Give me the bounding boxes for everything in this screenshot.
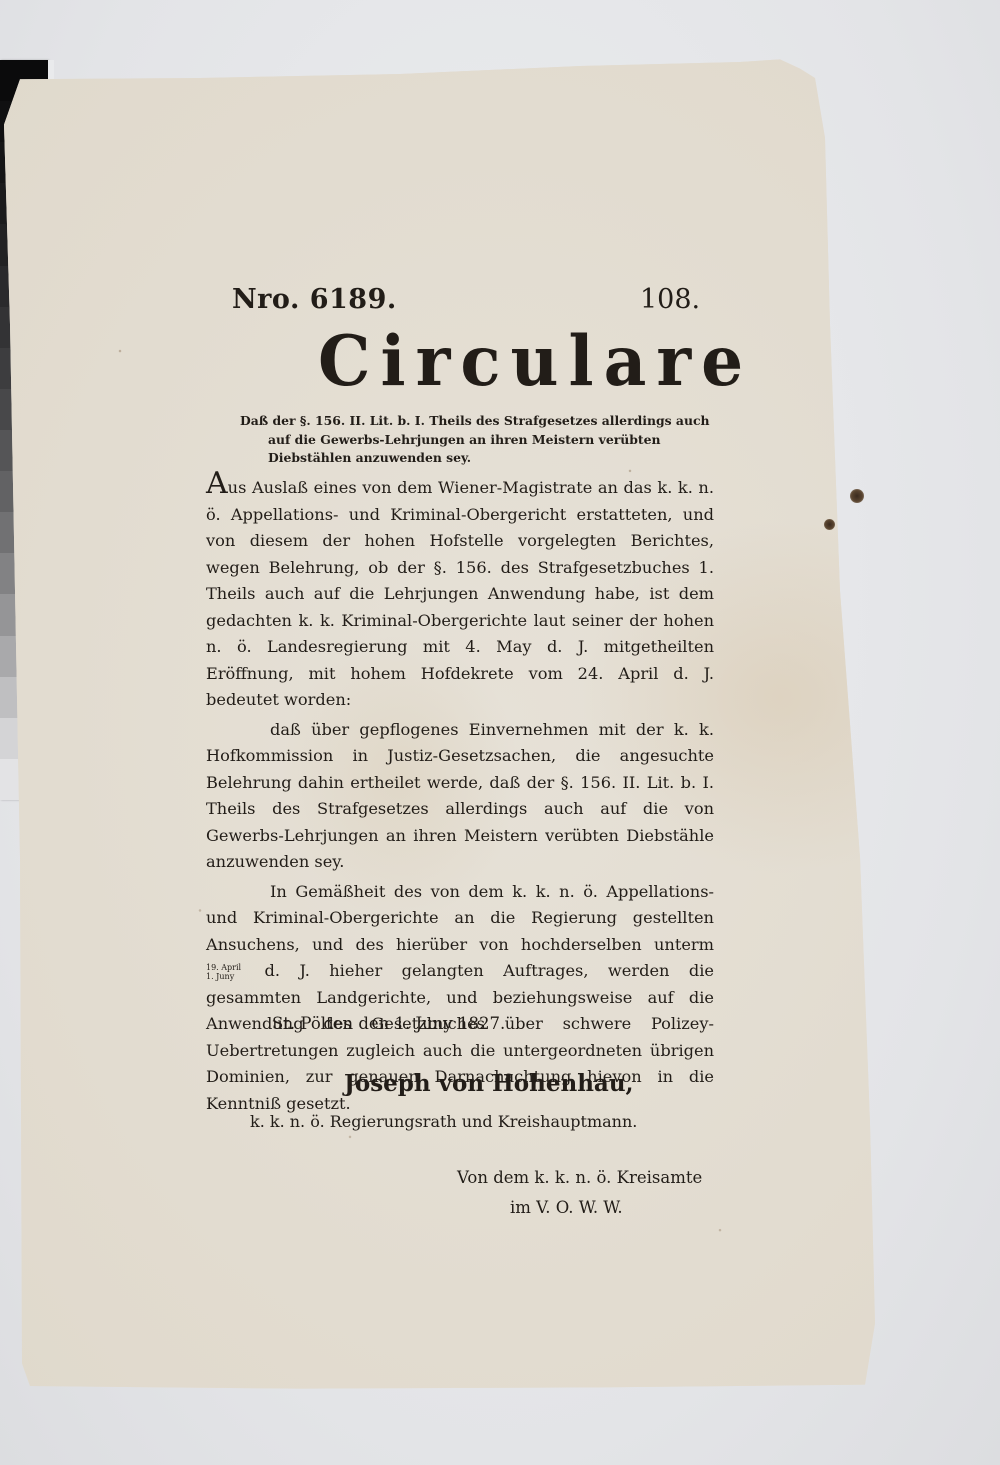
pin-hole (824, 519, 835, 530)
paragraph-ruling: daß über gepflogenes Einvernehmen mit de… (206, 717, 714, 876)
issuing-office-line2: im V. O. W. W. (510, 1198, 623, 1217)
document-title: Circulare (318, 320, 753, 402)
place-and-date: St. Pölten den 1. Juny 1827. (272, 1014, 505, 1033)
paragraph-directive-part1: In Gemäßheit des von dem k. k. n. ö. App… (206, 882, 714, 954)
marginal-date-note: 19. April1. Juny (206, 963, 241, 981)
signer-name: Joseph von Hohenhau, (344, 1070, 634, 1097)
document-subject: Daß der §. 156. II. Lit. b. I. Theils de… (240, 412, 736, 468)
paragraph-intro: Aus Auslaß eines von dem Wiener-Magistra… (206, 474, 714, 714)
document-number: Nro. 6189. (232, 284, 397, 315)
pin-hole (850, 489, 864, 503)
page-number: 108. (640, 284, 700, 315)
signer-title: k. k. n. ö. Regierungsrath und Kreishaup… (250, 1112, 637, 1131)
issuing-office-line1: Von dem k. k. n. ö. Kreisamte (457, 1168, 702, 1187)
